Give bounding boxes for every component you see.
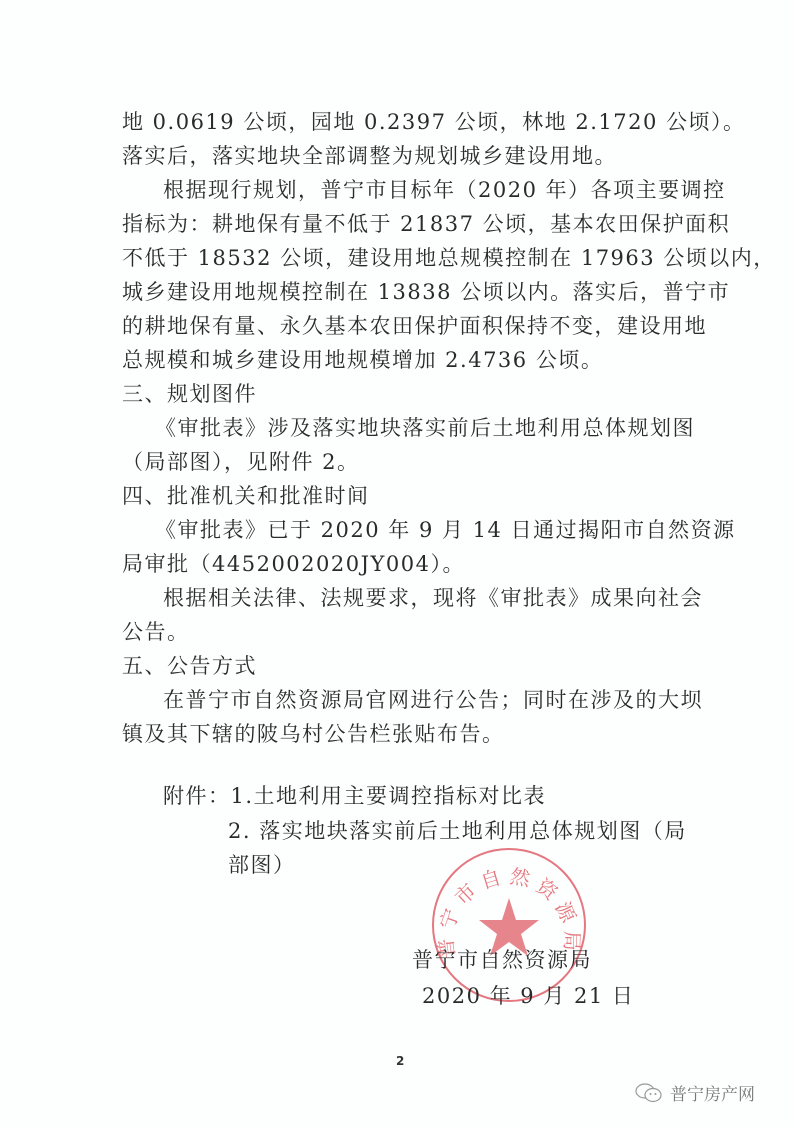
seal-star-icon: 普 宁 市 自 然 资 源 局 bbox=[434, 850, 584, 1000]
text-line: 部图） bbox=[228, 851, 296, 879]
text-line: 根据相关法律、法规要求，现将《审批表》成果向社会 bbox=[163, 584, 703, 612]
text-line: 的耕地保有量、永久基本农田保护面积保持不变，建设用地 bbox=[122, 312, 707, 340]
text-line: 总规模和城乡建设用地规模增加 2.4736 公顷。 bbox=[122, 346, 603, 374]
text-line: 《审批表》已于 2020 年 9 月 14 日通过揭阳市自然资源 bbox=[155, 516, 736, 544]
issue-date: 2020 年 9 月 21 日 bbox=[422, 980, 634, 1010]
text-line: 镇及其下辖的陂乌村公告栏张贴布告。 bbox=[122, 720, 505, 748]
watermark: 普宁房产网 bbox=[634, 1080, 755, 1105]
watermark-text: 普宁房产网 bbox=[670, 1080, 755, 1105]
page-number: 2 bbox=[396, 1054, 404, 1068]
text-line: 地 0.0619 公顷，园地 0.2397 公顷，林地 2.1720 公顷）。 bbox=[122, 108, 746, 136]
text-line: 2. 落实地块落实前后土地利用总体规划图（局 bbox=[228, 817, 687, 845]
text-line: 四、批准机关和批准时间 bbox=[122, 482, 370, 510]
issuer-name: 普宁市自然资源局 bbox=[412, 944, 592, 974]
text-line: 落实后，落实地块全部调整为规划城乡建设用地。 bbox=[122, 142, 617, 170]
text-line: （局部图），见附件 2。 bbox=[122, 448, 360, 476]
text-line: 城乡建设用地规模控制在 13838 公顷以内。落实后，普宁市 bbox=[122, 278, 730, 306]
text-line: 附件：1.土地利用主要调控指标对比表 bbox=[163, 782, 546, 810]
text-line: 根据现行规划，普宁市目标年（2020 年）各项主要调控 bbox=[163, 176, 726, 204]
text-line: 三、规划图件 bbox=[122, 380, 257, 408]
text-line: 在普宁市自然资源局官网进行公告；同时在涉及的大坝 bbox=[163, 686, 703, 714]
text-line: 不低于 18532 公顷，建设用地总规模控制在 17963 公顷以内， bbox=[122, 244, 776, 272]
official-seal: 普 宁 市 自 然 资 源 局 bbox=[432, 848, 586, 1002]
text-line: 五、公告方式 bbox=[122, 652, 257, 680]
text-line: 公告。 bbox=[122, 618, 190, 646]
text-line: 《审批表》涉及落实地块落实前后土地利用总体规划图 bbox=[155, 414, 695, 442]
text-line: 局审批（4452002020JY004）。 bbox=[122, 550, 465, 578]
text-line: 指标为：耕地保有量不低于 21837 公顷，基本农田保护面积 bbox=[122, 210, 730, 238]
wechat-icon bbox=[634, 1082, 664, 1104]
